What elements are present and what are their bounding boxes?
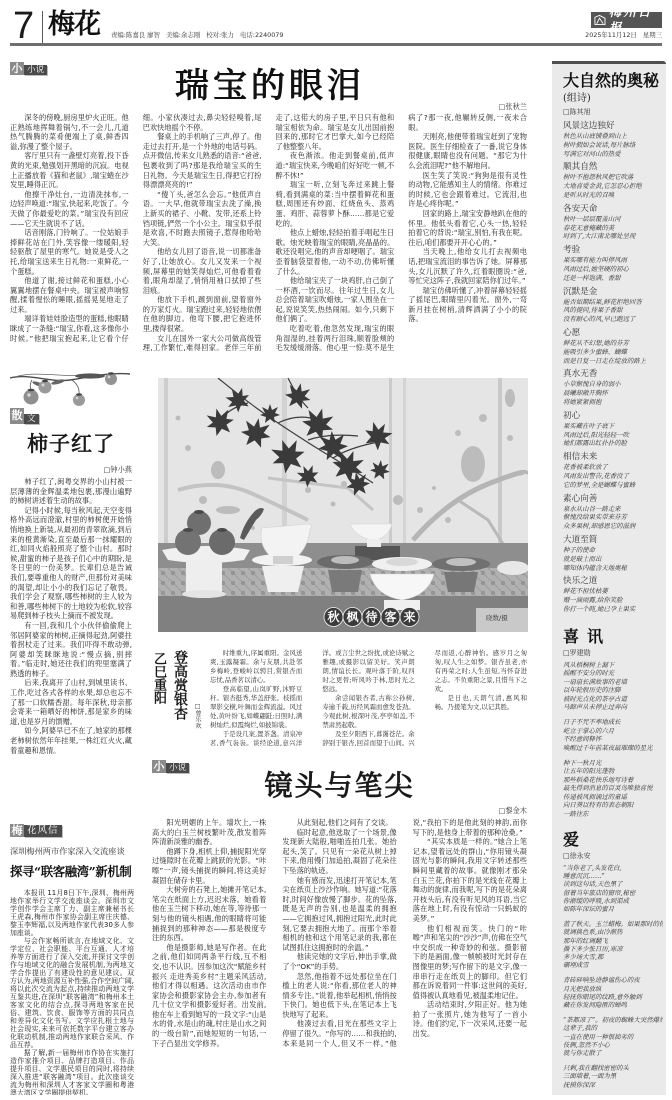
poem-lines: 鲜花不担忧枯萎 赠一滴雨露,给你笑脸 你打一个盹,她已孕上果实 bbox=[563, 587, 663, 613]
poem-item: 心愿鲜花从不幻想,她的芬芳 能吸引多少蜜蜂、蝴蝶 而是日复一日走在绽放的路上 bbox=[563, 327, 663, 365]
poem-xixun: 喜讯 □罗建勋 风从梧桐树上漏下 摇醒不安分的时光 一扇扇长满故事的老墙 以年轮… bbox=[563, 628, 663, 818]
paragraph: 据了解,新一届梅州市作协在实施打造作家推介项目、品牌打造项目、作品提升项目、文学… bbox=[10, 1049, 134, 1095]
paragraph: 回家的路上,瑞宝安静地趴在他的怀里。他低头看着它,心头一热,轻轻拍着它的背说:“… bbox=[408, 209, 527, 247]
poem-title: 相信未来 bbox=[563, 451, 663, 463]
paragraph: 她有感而发,迅速打开笔记本,笔尖在纸页上沙沙作响。她写道:“花落时,时间好像放慢… bbox=[282, 876, 396, 953]
paragraph: 话音刚落,门铃响了。一位姑娘手捧鲜花站在门外,笑容像一缕暖阳,轻轻驱散了屋里的寒… bbox=[10, 228, 129, 276]
paragraph: 忽然,他指着不远处那位坐在门槛上的老人说:“你看,那位老人的神情多专注。”说着,… bbox=[282, 972, 396, 1020]
paragraph: 登高临望,山岚旷野,沐野豆秆。银杏挺秀,华盖舒张。枝摇而翠影交横,叶舞而金辉流溢… bbox=[210, 685, 302, 730]
poem-stanza: 只剩,我在翻找密密的头 三面墙着,一面为黑 抚摸你深深 bbox=[563, 1064, 663, 1089]
poem-title: 初心 bbox=[563, 410, 663, 422]
poem-group-subtitle: (组诗) bbox=[563, 92, 663, 105]
section-tag-label: 花风信 bbox=[24, 825, 62, 837]
paragraph: 当天晚上,他给女儿打去视频电话,把瑞宝流泪的事告诉了她。屏幕那头,女儿沉默了许久… bbox=[408, 247, 527, 285]
paragraph: 时维重九,序属重阳。金风送爽,玉露凝霜。余与友朋,共赴邻乡梅岭,登峻岭以骋目,赏… bbox=[210, 649, 302, 685]
paragraph: 从此刻起,他们之间有了交谈。 bbox=[282, 818, 396, 828]
paragraph: 医生笑了笑说:“狗狗是很有灵性的动物,它能感知主人的情绪。你难过的时候,它也会跟… bbox=[408, 171, 527, 209]
poem-item: 快乐之道鲜花不担忧枯萎 赠一滴雨露,给你笑脸 你打一个盹,她已孕上果实 bbox=[563, 575, 663, 613]
paragraph: 夜色渐浓。他走到餐桌前,低声道:“瑞宝快来,今晚咱们好好吃一顿,不醉不休!” bbox=[276, 151, 395, 180]
section-name: 梅花 bbox=[48, 10, 100, 40]
issue-date: 2025年11月12日 bbox=[585, 31, 637, 39]
paragraph: 活动结束时,夕阳正好。他为她拍了一张照片,她为他写了一首小诗。他们约定,下一次采… bbox=[413, 1000, 527, 1038]
poem-lines: 果实哪有能力叫停风雨 风雨过后,她坚硬的初心 还是一样饱满、香甜 bbox=[563, 256, 663, 282]
paragraph: 餐桌上的手机响了三声,停了。他走过去打开,是一个外地的电话号码。点开微信,传来女… bbox=[143, 132, 262, 190]
paragraph: “傻丫头,爸怎么会忘。”他低声自语。一大早,他就带瑞宝去洗了澡,换上新买的裙子、… bbox=[143, 190, 262, 248]
paragraph: 阳光明媚的上午。墙坎上,一株高大的白玉兰树枝繁叶茂,散发着阵阵清新淡雅的幽香。 bbox=[152, 818, 266, 847]
article-body: 深冬的傍晚,厨房里炉火正旺。他正熟练地挥舞着锅勺,不一会儿,几道热气腾腾的菜肴便… bbox=[10, 113, 527, 372]
paragraph: 记得小时候,每当秋风起,天空变得格外高远而澄澈,村里的柿树便开始悄悄地换上新装,… bbox=[10, 506, 132, 621]
article-title: 瑞宝的眼泪 bbox=[10, 66, 530, 106]
header-rule bbox=[10, 43, 662, 46]
poetry-sidebar: 大自然的奥秘 (组诗) □陈其旭 风景这边独好秋色从山底铺叠到山上 树叶假如会说… bbox=[552, 61, 666, 1095]
paragraph: 他道了谢,接过鲜花和蛋糕,小心翼翼地摆在餐桌中央。瑞宝被声响惊醒,揉着惺忪的睡眼… bbox=[10, 276, 129, 314]
section-tag-icon: 梅 bbox=[10, 824, 24, 837]
page-number: 7 bbox=[13, 6, 34, 46]
poem-title: 考验 bbox=[563, 244, 663, 256]
news-headline: 探寻“联客融湾”新机制 bbox=[10, 864, 134, 880]
poem-title: 快乐之道 bbox=[563, 575, 663, 587]
paragraph: 他放下手机,踱到窗前,望着窗外的万家灯火。瑞宝跑过来,轻轻地依偎在他的脚边。他弯… bbox=[143, 295, 262, 333]
paragraph: 他擦干净灶台,一边清洗抹布,一边轻声唤道:“瑞宝,快起来,吃饭了。今天做了你最爱… bbox=[10, 190, 129, 228]
issue-date-line: 2025年11月12日星期三 bbox=[560, 31, 662, 39]
paragraph: “其实本质是一样的。”她合上笔记本,望着远处的群山,“你用镜头凝固光与影的瞬间,… bbox=[413, 837, 527, 923]
poem-author: □罗建勋 bbox=[563, 648, 663, 658]
section-tag: 散 文 bbox=[10, 410, 39, 424]
article-body: 阳光明媚的上午。墙坎上,一株高大的白玉兰树枝繁叶茂,散发着阵阵清新淡雅的幽香。 … bbox=[152, 818, 527, 1095]
poem-item: 相信未来花香被柔软放了 风雨发出警告,花香没了 它的梦里,全是蝴蝶与蜜蜂 bbox=[563, 451, 663, 489]
poem-lines: 树叶不抱怨秋风把它吹落 大地喜爱金黄,它怎忍心拒绝 是听从时光的召唤 bbox=[563, 173, 663, 199]
poem-title: 爱 bbox=[563, 831, 663, 849]
article-body: 柿子红了,闽粤交界的小山村被一层薄薄的金辉温柔地包裹,那漫山遍野的柿树讲述着生动… bbox=[10, 477, 132, 813]
poem-title: 风景这边独好 bbox=[563, 120, 663, 132]
photo-caption: 秋枫待客来 bbox=[324, 607, 423, 627]
poem-title: 各安天命 bbox=[563, 203, 663, 215]
article-author: □曾乐欢 bbox=[194, 703, 201, 729]
paragraph: 是日也,天朗气清,惠风和畅。乃援笔为文,以记其胜。 bbox=[435, 694, 527, 712]
article-title: 镜头与笔尖 bbox=[152, 770, 527, 802]
paragraph: 他给瑞宝夹了一块鸡肝,自己倒了一杯酒,一饮而尽。往年过生日,女儿总会陪着瑞宝吹蜡… bbox=[276, 276, 395, 324]
article-title-line2: 登高赏银杏 bbox=[172, 650, 188, 720]
poem-stanza: “茶都凉了”。初夜的蜘蛛大突然爆炸 这辈子,我的 一直在使用一种很拙劣的 伎俩,… bbox=[563, 1016, 663, 1057]
news-subtitle: 深圳梅州两市作家深入交流座谈 bbox=[10, 846, 134, 856]
article-author: □黎金木 bbox=[440, 806, 527, 815]
poem-item: 素心向善泉水从山谷一路走来 惭愧没给果实带来芬芳 众多果树,却感恩它的滋润 bbox=[563, 493, 663, 531]
issue-weekday: 星期三 bbox=[643, 31, 662, 39]
paragraph: 他点上蜡烛,轻轻拍着手唱起生日歌。烛光映着瑞宝的眼睛,亮晶晶的。歌还没唱完,他的… bbox=[276, 228, 395, 276]
poem-lines: 花香被柔软放了 风雨发出警告,花香没了 它的梦里,全是蝴蝶与蜜蜂 bbox=[563, 463, 663, 489]
poem-stanza: 日子不咒不率地成长 屹立于掌心的六月 不经意间释怀 唤醒过千年前某夜最璀璨的星光 bbox=[563, 718, 663, 752]
poem-lines: 小草惭愧自身的弱小 晨曦却敞开胸怀 将她紧紧拥抱 bbox=[563, 380, 663, 406]
article-title-line1: 乙巳重阳 bbox=[151, 652, 166, 704]
section-tag-icon: 散 bbox=[10, 408, 24, 424]
poem-author: □徐永安 bbox=[563, 851, 663, 861]
poem-stanza: 青砖碎响坠进静谧伤心的夜 月光把我放纵 轻抚你眼尾的纹路,意外触到 藏在你发间隐… bbox=[563, 976, 663, 1009]
paragraph: 天刚亮,他便带着瑞宝赶到了宠物医院。医生仔细检查了一番,说它身体很健康,眼睛也没… bbox=[408, 132, 527, 170]
poem-group-title: 大自然的奥秘 bbox=[563, 70, 663, 92]
paragraph: 临时起意,他选取了一个场景,像发现新大陆般,啪啪连拍几张。她抬起头,笑了。只见有… bbox=[282, 828, 396, 876]
paragraph: 有一回,我和几个小伙伴偷偷爬上邻居阿婆家的柿树,正摘得起劲,阿婆拄着拐杖走了过来… bbox=[10, 621, 132, 679]
news-body: 本报讯 11月8日下午,深圳、梅州两地作家举行文学交流座谈会。深圳市文学创作学会… bbox=[10, 889, 134, 1095]
poem-title: 真水无香 bbox=[563, 368, 663, 380]
article-body: 时维重九,序属重阳。金风送爽,玉露凝霜。余与友朋,共赴邻乡梅岭,登峻岭以骋目,赏… bbox=[210, 649, 527, 757]
poem-lines: 秋色从山底铺叠到山上 树叶假如会说话,每片脉络 写满它对河山的热爱 bbox=[563, 132, 663, 158]
poem-group-nature: 大自然的奥秘 (组诗) □陈其旭 风景这边独好秋色从山底铺叠到山上 树叶假如会说… bbox=[563, 70, 663, 614]
paragraph: 他是摄影师,她是写作者。在此之前,他们如同两条平行线,互不相交,也不认识。因参加… bbox=[152, 943, 266, 1049]
poem-item: 各安天命秋叶一层层覆盖山河 春花无意掩藏的美 时到了,大江南北哪处呈现 bbox=[563, 203, 663, 241]
poem-title: 喜讯 bbox=[563, 628, 663, 646]
poem-item: 沉默是金能否如期结果,鲜花拒绝回答 风的提问,待果子香甜 没有耐心的风,早已跑远… bbox=[563, 286, 663, 324]
poem-item: 风景这边独好秋色从山底铺叠到山上 树叶假如会说话,每片脉络 写满它对河山的热爱 bbox=[563, 120, 663, 158]
poem-stanza: 蓝了秋天。玉兰蜡梅。如果那时的你 就调换色系,由冷渐热 那年的红调翻飞 撕下多少… bbox=[563, 920, 663, 969]
paragraph: 后来,我离开了山村,到城里读书、工作,吃过各式各样的水果,却总也忘不了那一口软糯… bbox=[10, 678, 132, 726]
poem-stanza: “当你老了,头发花白, 睡意沉沉……” 读到这句话,天色黑了 留着当年旅店的窗帘… bbox=[563, 864, 663, 913]
poem-lines: 果实藏在叶子底下 风雨过后,阳光轻轻一吹 她们都露出红扑扑的脸 bbox=[563, 422, 663, 448]
paragraph: 柿子红了,闽粤交界的小山村被一层薄薄的金辉温柔地包裹,那漫山遍野的柿树讲述着生动… bbox=[10, 477, 132, 506]
masthead-logo-icon bbox=[594, 14, 606, 26]
paragraph: 客厅里只有一盏壁灯亮着,投下昏黄的光束,勉强划开黑暗的沉寂。电视上正播放着《猫和… bbox=[10, 151, 129, 189]
poem-item: 真水无香小草惭愧自身的弱小 晨曦却敞开胸怀 将她紧紧拥抱 bbox=[563, 368, 663, 406]
paragraph: 与会作家畅所欲言,在地域文化、文学定位、社会职能、平台互通、人才培养等方面进行了… bbox=[10, 937, 134, 1049]
section-tag: 梅 花风信 bbox=[10, 823, 62, 837]
poem-title: 素心向善 bbox=[563, 493, 663, 505]
photo-credit: 晓数/摄 bbox=[486, 614, 508, 622]
poem-lines: 能否如期结果,鲜花拒绝回答 风的提问,待果子香甜 没有耐心的风,早已跑远了 bbox=[563, 298, 663, 324]
poem-title: 顺其自然 bbox=[563, 161, 663, 173]
article-author: □张秋兰 bbox=[440, 102, 527, 111]
paragraph: 他读完她的文字后,伸出手掌,做了个“OK”的手势。 bbox=[282, 952, 396, 971]
section-tag-label: 文 bbox=[24, 414, 39, 424]
editor-credits: 责编:陈嘉良 廖智 美编:余志刚 校对:张力 电话:2240079 bbox=[111, 31, 283, 39]
paragraph: 余尝闻银杏者,古称公孙树,寿逾千载,历经风霜而愈发苍劲。今观此树,根深叶茂,亭亭… bbox=[322, 694, 414, 730]
photo-image bbox=[158, 378, 528, 632]
poem-item: 顺其自然树叶不抱怨秋风把它吹落 大地喜爱金黄,它怎忍心拒绝 是听从时光的召唤 bbox=[563, 161, 663, 199]
paragraph: 他给女儿回了语音,说一切都准备好了,让她放心。女儿又发来一个视频,屏幕里的她笑得… bbox=[143, 247, 262, 295]
poem-item: 考验果实哪有能力叫停风雨 风雨过后,她坚硬的初心 还是一样饱满、香甜 bbox=[563, 244, 663, 282]
poem-title: 大道至简 bbox=[563, 534, 663, 546]
article-title: 柿子红了 bbox=[10, 432, 132, 456]
paragraph: 他们相视而笑。快门的“咔嚓”声和笔尖的“沙沙”声,仿佛在空气中交织成一种奇妙的和… bbox=[413, 924, 527, 1001]
poem-group-author: □陈其旭 bbox=[563, 107, 663, 117]
paragraph: 瑞宝一听,立刻飞奔过来跳上餐椅,看到满桌的菜:当中摆着鲜花和蛋糕,周围还有炒面、… bbox=[276, 180, 395, 228]
paragraph: 大树旁的石凳上,她摊开笔记本,笔尖在纸面上方,迟迟未落。她看着他在玉兰树下移动,… bbox=[152, 885, 266, 943]
persimmon-branch-illustration bbox=[10, 372, 130, 408]
paragraph: 瑞宝仿佛听懂了,冲着屏幕轻轻摇了摇尾巴,眼睛里闪着光。窗外,一弯新月挂在树梢,清… bbox=[408, 286, 527, 324]
paragraph: 深冬的傍晚,厨房里炉火正旺。他正熟练地挥舞着锅勺,不一会儿,几道热气腾腾的菜肴便… bbox=[10, 113, 129, 151]
poem-stanza: 种下一秋月光 让五年的阳光蓬勃 那些稻桑花快乐地写诗着 最先得到消息的百灵鸟唯独… bbox=[563, 759, 663, 818]
poem-title: 心愿 bbox=[563, 327, 663, 339]
poem-stanza: 风从梧桐树上漏下 摇醒不安分的时光 一扇扇长满故事的老墙 以年轮般历史的注脚 被… bbox=[563, 661, 663, 711]
poem-lines: 秋叶一层层覆盖山河 春花无意掩藏的美 时到了,大江南北哪处呈现 bbox=[563, 215, 663, 241]
paragraph: 如今,阿婆早已不在了,她家的那棵老柿树依然年年挂果,一株红红火火,藏着童趣和恩情… bbox=[10, 726, 132, 755]
poem-lines: 鲜花从不幻想,她的芬芳 能吸引多少蜜蜂、蝴蝶 而是日复一日走在绽放的路上 bbox=[563, 339, 663, 365]
article-author: □钟小燕 bbox=[10, 465, 132, 474]
paragraph: 他蹲下身,相机上仰,捕捉阳光穿过缝隙时在花瓣上跳跃的光影。“咔嚓”一声,镜头捕捉… bbox=[152, 847, 266, 885]
poem-title: 沉默是金 bbox=[563, 286, 663, 298]
poem-item: 大道至简种子的使命 就是破土而出 哪知体内蕴含天地奥秘 bbox=[563, 534, 663, 572]
poem-lines: 泉水从山谷一路走来 惭愧没给果实带来芬芳 众多果树,却感恩它的滋润 bbox=[563, 505, 663, 531]
poem-lines: 种子的使命 就是破土而出 哪知体内蕴含天地奥秘 bbox=[563, 546, 663, 572]
poem-item: 初心果实藏在叶子底下 风雨过后,阳光轻轻一吹 她们都露出红扑扑的脸 bbox=[563, 410, 663, 448]
poem-ai: 爱 □徐永安 “当你老了,头发花白, 睡意沉沉……” 读到这句话,天色黑了 留着… bbox=[563, 831, 663, 1089]
header-divider bbox=[42, 11, 43, 43]
masthead-logo: 梅州日报 bbox=[591, 12, 662, 28]
paragraph: 本报讯 11月8日下午,深圳、梅州两地作家举行文学交流座谈会。深圳市文学创作学会… bbox=[10, 889, 134, 937]
